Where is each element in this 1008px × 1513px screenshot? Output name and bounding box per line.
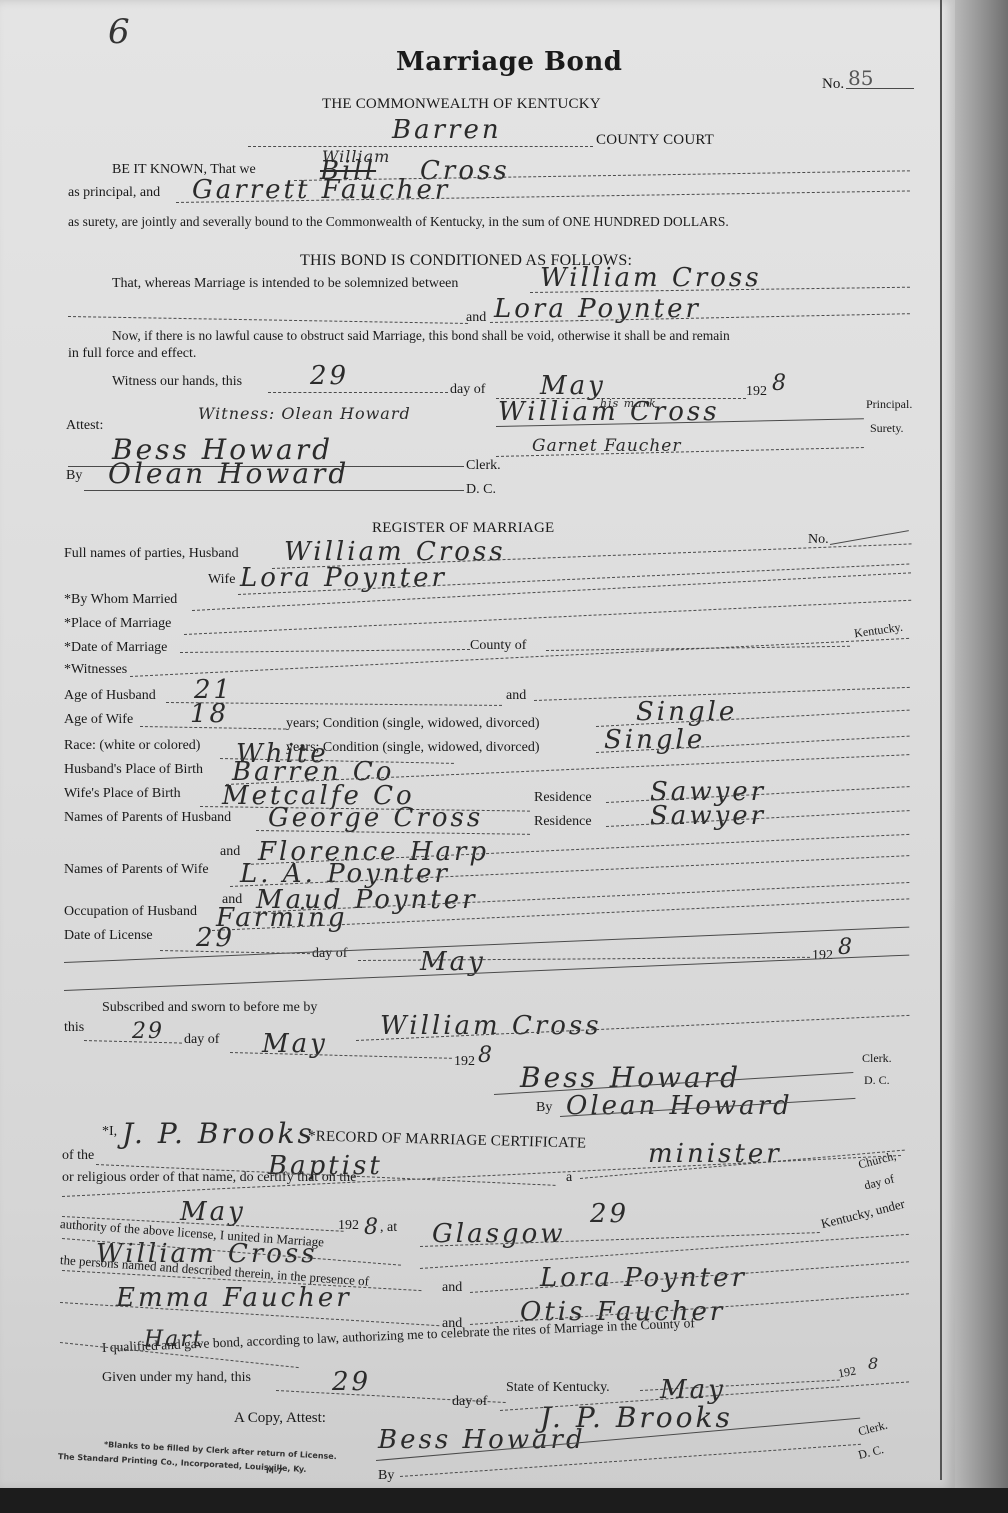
- register-dc-label: D. C.: [864, 1072, 890, 1088]
- witness-note: Witness: Olean Howard: [198, 400, 411, 428]
- witness-day-line: [268, 392, 448, 393]
- age-and-label: and: [506, 688, 526, 704]
- dc-label: D. C.: [466, 482, 496, 498]
- license-day: 29: [196, 924, 235, 952]
- husband-full-name: William Cross: [284, 538, 506, 566]
- sworn-year-prefix: 192: [454, 1054, 475, 1070]
- document-title: Marriage Bond: [396, 47, 622, 77]
- state-heading: THE COMMONWEALTH OF KENTUCKY: [322, 96, 601, 113]
- given-under-label: Given under my hand, this: [102, 1370, 251, 1386]
- day-of-label-right: day of: [863, 1171, 896, 1194]
- certificate-heading: *RECORD OF MARRIAGE CERTIFICATE: [308, 1128, 587, 1152]
- state-of-kentucky-label: State of Kentucky.: [506, 1380, 610, 1396]
- cert-and-label-1: and: [442, 1280, 462, 1296]
- a-label: a: [566, 1170, 572, 1186]
- parents-husband-label: Names of Parents of Husband: [64, 810, 231, 826]
- principal-label: Principal.: [866, 396, 912, 412]
- wife-full-name: Lora Poynter: [240, 564, 447, 592]
- register-number-label: No.: [808, 532, 829, 548]
- given-day: 29: [332, 1368, 371, 1396]
- register-clerk-signature: Bess Howard: [520, 1064, 741, 1092]
- cert-year-suffix: 8: [364, 1214, 380, 1242]
- as-principal-label: as principal, and: [68, 185, 160, 201]
- husband-residence-label: Residence: [534, 790, 592, 806]
- husband-birth-label: Husband's Place of Birth: [64, 762, 203, 778]
- attest-label: Attest:: [66, 418, 103, 434]
- race-label: Race: (white or colored): [64, 738, 200, 754]
- age-wife-label: Age of Wife: [64, 712, 133, 728]
- husband-full-name-label: Full names of parties, Husband: [64, 546, 239, 562]
- surety-label: Surety.: [870, 420, 904, 436]
- date-label: *Date of Marriage: [64, 640, 167, 656]
- register-number-line: [830, 530, 909, 545]
- county-value-hart: Hart: [144, 1326, 204, 1354]
- form-code: M-7: [266, 1466, 283, 1476]
- given-month: May: [660, 1376, 726, 1404]
- this-label: this: [64, 1020, 84, 1036]
- surety-statement: as surety, are jointly and severally bou…: [68, 214, 729, 230]
- minister-name: J. P. Brooks: [122, 1120, 315, 1148]
- principal-mark-note: his mark: [600, 390, 657, 418]
- wife-birth-label: Wife's Place of Birth: [64, 786, 181, 802]
- sworn-day-of-label: day of: [184, 1032, 219, 1048]
- subscribed-value: William Cross: [380, 1012, 602, 1040]
- at-label: , at: [380, 1220, 397, 1236]
- place-label: *Place of Marriage: [64, 616, 171, 632]
- and-label: and: [466, 310, 486, 326]
- by-label: By: [66, 468, 82, 484]
- county-of-label: County of: [470, 638, 526, 654]
- license-date-label: Date of License: [64, 928, 153, 944]
- register-heading: REGISTER OF MARRIAGE: [372, 520, 554, 537]
- given-day-of-label: day of: [452, 1394, 487, 1410]
- witness-year-suffix: 8: [772, 370, 788, 398]
- church-label: Church,: [857, 1148, 898, 1173]
- scan-bottom-edge: [0, 1488, 1008, 1513]
- copy-attest-label: A Copy, Attest:: [234, 1410, 326, 1426]
- register-dc-signature: Olean Howard: [566, 1092, 793, 1120]
- binder-fold-line: [940, 0, 942, 1480]
- bond-number-line: [846, 88, 914, 89]
- county-value: Barren: [392, 116, 502, 144]
- witness-year-prefix: 192: [746, 384, 767, 400]
- bond-number-value: 85: [848, 66, 873, 90]
- age-wife-line: [140, 726, 286, 730]
- parents-husband-father: George Cross: [268, 804, 483, 832]
- by-whom-label: *By Whom Married: [64, 592, 177, 608]
- marriage-bond-page: 6 Marriage Bond No. 85 THE COMMONWEALTH …: [0, 0, 955, 1490]
- date-line: [180, 649, 470, 653]
- given-year-prefix: 192: [837, 1363, 858, 1382]
- parents-husband-and-label: and: [220, 844, 240, 860]
- dc-line: [84, 490, 464, 491]
- cert-i-label: *I,: [102, 1124, 117, 1140]
- county-line: [248, 146, 593, 147]
- given-year-suffix: 8: [868, 1350, 879, 1378]
- age-wife-value: 18: [190, 700, 229, 728]
- bond-number-label: No.: [822, 76, 844, 92]
- parents-wife-label: Names of Parents of Wife: [64, 862, 209, 878]
- age-husband-label: Age of Husband: [64, 688, 156, 704]
- register-by-label: By: [536, 1100, 552, 1116]
- cert-year-prefix: 192: [338, 1218, 359, 1234]
- witness-day: 29: [310, 362, 349, 390]
- county-court-label: COUNTY COURT: [596, 132, 714, 149]
- witness-hands-label: Witness our hands, this: [112, 374, 242, 390]
- witness-day-of-label: day of: [450, 382, 485, 398]
- copy-by-label: By: [378, 1468, 394, 1484]
- of-the-label: of the: [62, 1148, 94, 1164]
- condition-husband-label: years; Condition (single, widowed, divor…: [286, 716, 540, 732]
- subscribed-label: Subscribed and sworn to before me by: [102, 1000, 317, 1016]
- kentucky-under-label: Kentucky, under: [819, 1196, 906, 1232]
- bride-line-left: [68, 316, 468, 324]
- wife-residence-value: Sawyer: [650, 802, 766, 830]
- license-year-prefix: 192: [812, 948, 833, 964]
- wife-residence-label: Residence: [534, 814, 592, 830]
- witness-month: May: [540, 372, 606, 400]
- sworn-year-suffix: 8: [478, 1042, 494, 1070]
- whereas-text: That, whereas Marriage is intended to be…: [112, 276, 458, 292]
- party2-value: Lora Poynter: [540, 1264, 747, 1292]
- clerk-label: Clerk.: [466, 458, 501, 474]
- surety-signature: Garnet Faucher: [532, 432, 681, 460]
- groom-name: William Cross: [540, 264, 762, 292]
- corner-page-mark: 6: [108, 12, 130, 52]
- now-if-text: Now, if there is no lawful cause to obst…: [112, 328, 730, 344]
- cert-day: 29: [590, 1200, 629, 1228]
- witnesses-label: *Witnesses: [64, 662, 127, 678]
- copy-clerk-label: Clerk.: [857, 1417, 890, 1440]
- license-day-of-label: day of: [312, 946, 347, 962]
- wife-label: Wife: [208, 572, 235, 588]
- full-force-text: in full force and effect.: [68, 346, 196, 362]
- adjacent-page-edge: [955, 0, 1008, 1513]
- occupation-label: Occupation of Husband: [64, 904, 197, 920]
- register-clerk-label: Clerk.: [862, 1050, 892, 1066]
- dc-signature: Olean Howard: [108, 460, 349, 488]
